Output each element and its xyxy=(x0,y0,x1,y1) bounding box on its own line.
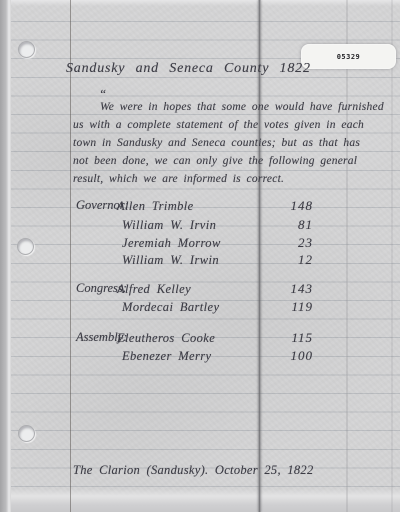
scan-edge-top xyxy=(0,0,400,6)
page-title: Sandusky and Seneca County 1822 xyxy=(66,61,311,77)
result-row: Ebenezer Merry 100 xyxy=(117,348,211,366)
candidate-name: Eleutheros Cooke xyxy=(117,331,215,345)
candidate-name: Jeremiah Morrow xyxy=(122,236,221,250)
candidate-name: William W. Irwin xyxy=(122,253,219,267)
vote-count: 115 xyxy=(271,330,313,346)
result-row: William W. Irvin 81 xyxy=(117,217,216,235)
hole-punch-bottom xyxy=(18,425,35,442)
vote-count: 148 xyxy=(271,198,313,214)
result-row: Allen Trimble 148 xyxy=(117,198,194,216)
hole-punch-top xyxy=(18,41,35,58)
result-row: Mordecai Bartley 119 xyxy=(117,299,219,317)
paragraph-line: not been done, we can only give the foll… xyxy=(73,152,384,170)
vote-count: 23 xyxy=(271,235,313,251)
result-row: William W. Irwin 12 xyxy=(117,252,219,270)
scanned-document-page: 05329 Sandusky and Seneca County 1822 “ … xyxy=(0,0,400,512)
hole-punch-middle xyxy=(17,238,34,255)
source-citation: The Clarion (Sandusky). October 25, 1822 xyxy=(73,463,314,478)
result-row: Eleutheros Cooke 115 xyxy=(117,330,215,348)
paragraph-line: us with a complete statement of the vote… xyxy=(73,116,384,134)
scan-edge-left xyxy=(0,0,11,512)
faint-crease-line xyxy=(391,0,393,512)
intro-paragraph: We were in hopes that some one would hav… xyxy=(73,98,384,188)
result-row: Jeremiah Morrow 23 xyxy=(117,235,221,253)
paragraph-line: town in Sandusky and Seneca counties; bu… xyxy=(73,134,384,152)
candidate-name: William W. Irvin xyxy=(122,218,216,232)
catalog-number-sticker: 05329 xyxy=(301,44,396,69)
scan-edge-bottom xyxy=(0,489,400,512)
candidate-name: Alfred Kelley xyxy=(117,282,191,296)
vote-count: 81 xyxy=(271,217,313,233)
candidate-name: Ebenezer Merry xyxy=(122,349,211,363)
vote-count: 12 xyxy=(271,252,313,268)
paragraph-line: We were in hopes that some one would hav… xyxy=(73,98,384,116)
candidate-name: Mordecai Bartley xyxy=(122,300,219,314)
vote-count: 119 xyxy=(271,299,313,315)
paragraph-line: result, which we are informed is correct… xyxy=(73,170,384,188)
faint-crease-line xyxy=(346,0,348,512)
candidate-name: Allen Trimble xyxy=(117,199,194,213)
vote-count: 100 xyxy=(271,348,313,364)
catalog-number: 05329 xyxy=(337,53,361,61)
result-row: Alfred Kelley 143 xyxy=(117,281,191,299)
vote-count: 143 xyxy=(271,281,313,297)
